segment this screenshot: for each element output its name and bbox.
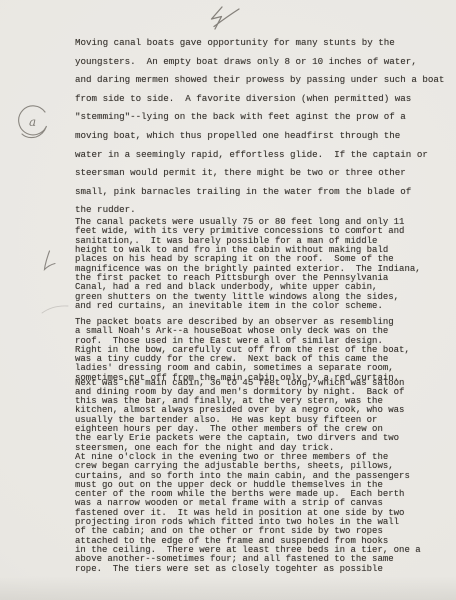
- text-line: small, pink barnacles trailing in the wa…: [75, 183, 451, 202]
- handwritten-page-number-icon: [212, 7, 240, 29]
- text-line: water in a seemingly rapid, effortless g…: [75, 146, 451, 165]
- text-line: and red curtains, an inevitable item in …: [75, 302, 451, 311]
- margin-letter: a: [29, 115, 36, 129]
- faint-stray-arc: [42, 306, 68, 313]
- text-line: moving boat, which thus propelled one he…: [75, 127, 451, 146]
- text-line: steersman would permit it, there might b…: [75, 164, 451, 183]
- paragraph-packet-dimensions: The canal packets were usually 75 or 80 …: [75, 218, 451, 311]
- text-line: youngsters. An empty boat draws only 8 o…: [75, 53, 451, 72]
- scanned-typewritten-page: Moving canal boats gave opportunity for …: [0, 0, 456, 600]
- paragraph-packet-description: The packet boats are described by an obs…: [75, 318, 451, 574]
- text-line: rope. The tiers were set as closely toge…: [75, 565, 451, 574]
- text-line: from side to side. A favorite diversion …: [75, 90, 451, 109]
- paragraph-canal-stunts: Moving canal boats gave opportunity for …: [75, 34, 451, 220]
- circled-letter-a-icon: a: [19, 106, 47, 138]
- pencil-check-mark-icon: [45, 251, 56, 270]
- text-line: "stemming"--lying on the back with feet …: [75, 108, 451, 127]
- text-line: and daring mermen showed their prowess b…: [75, 71, 451, 90]
- text-line: Moving canal boats gave opportunity for …: [75, 34, 451, 53]
